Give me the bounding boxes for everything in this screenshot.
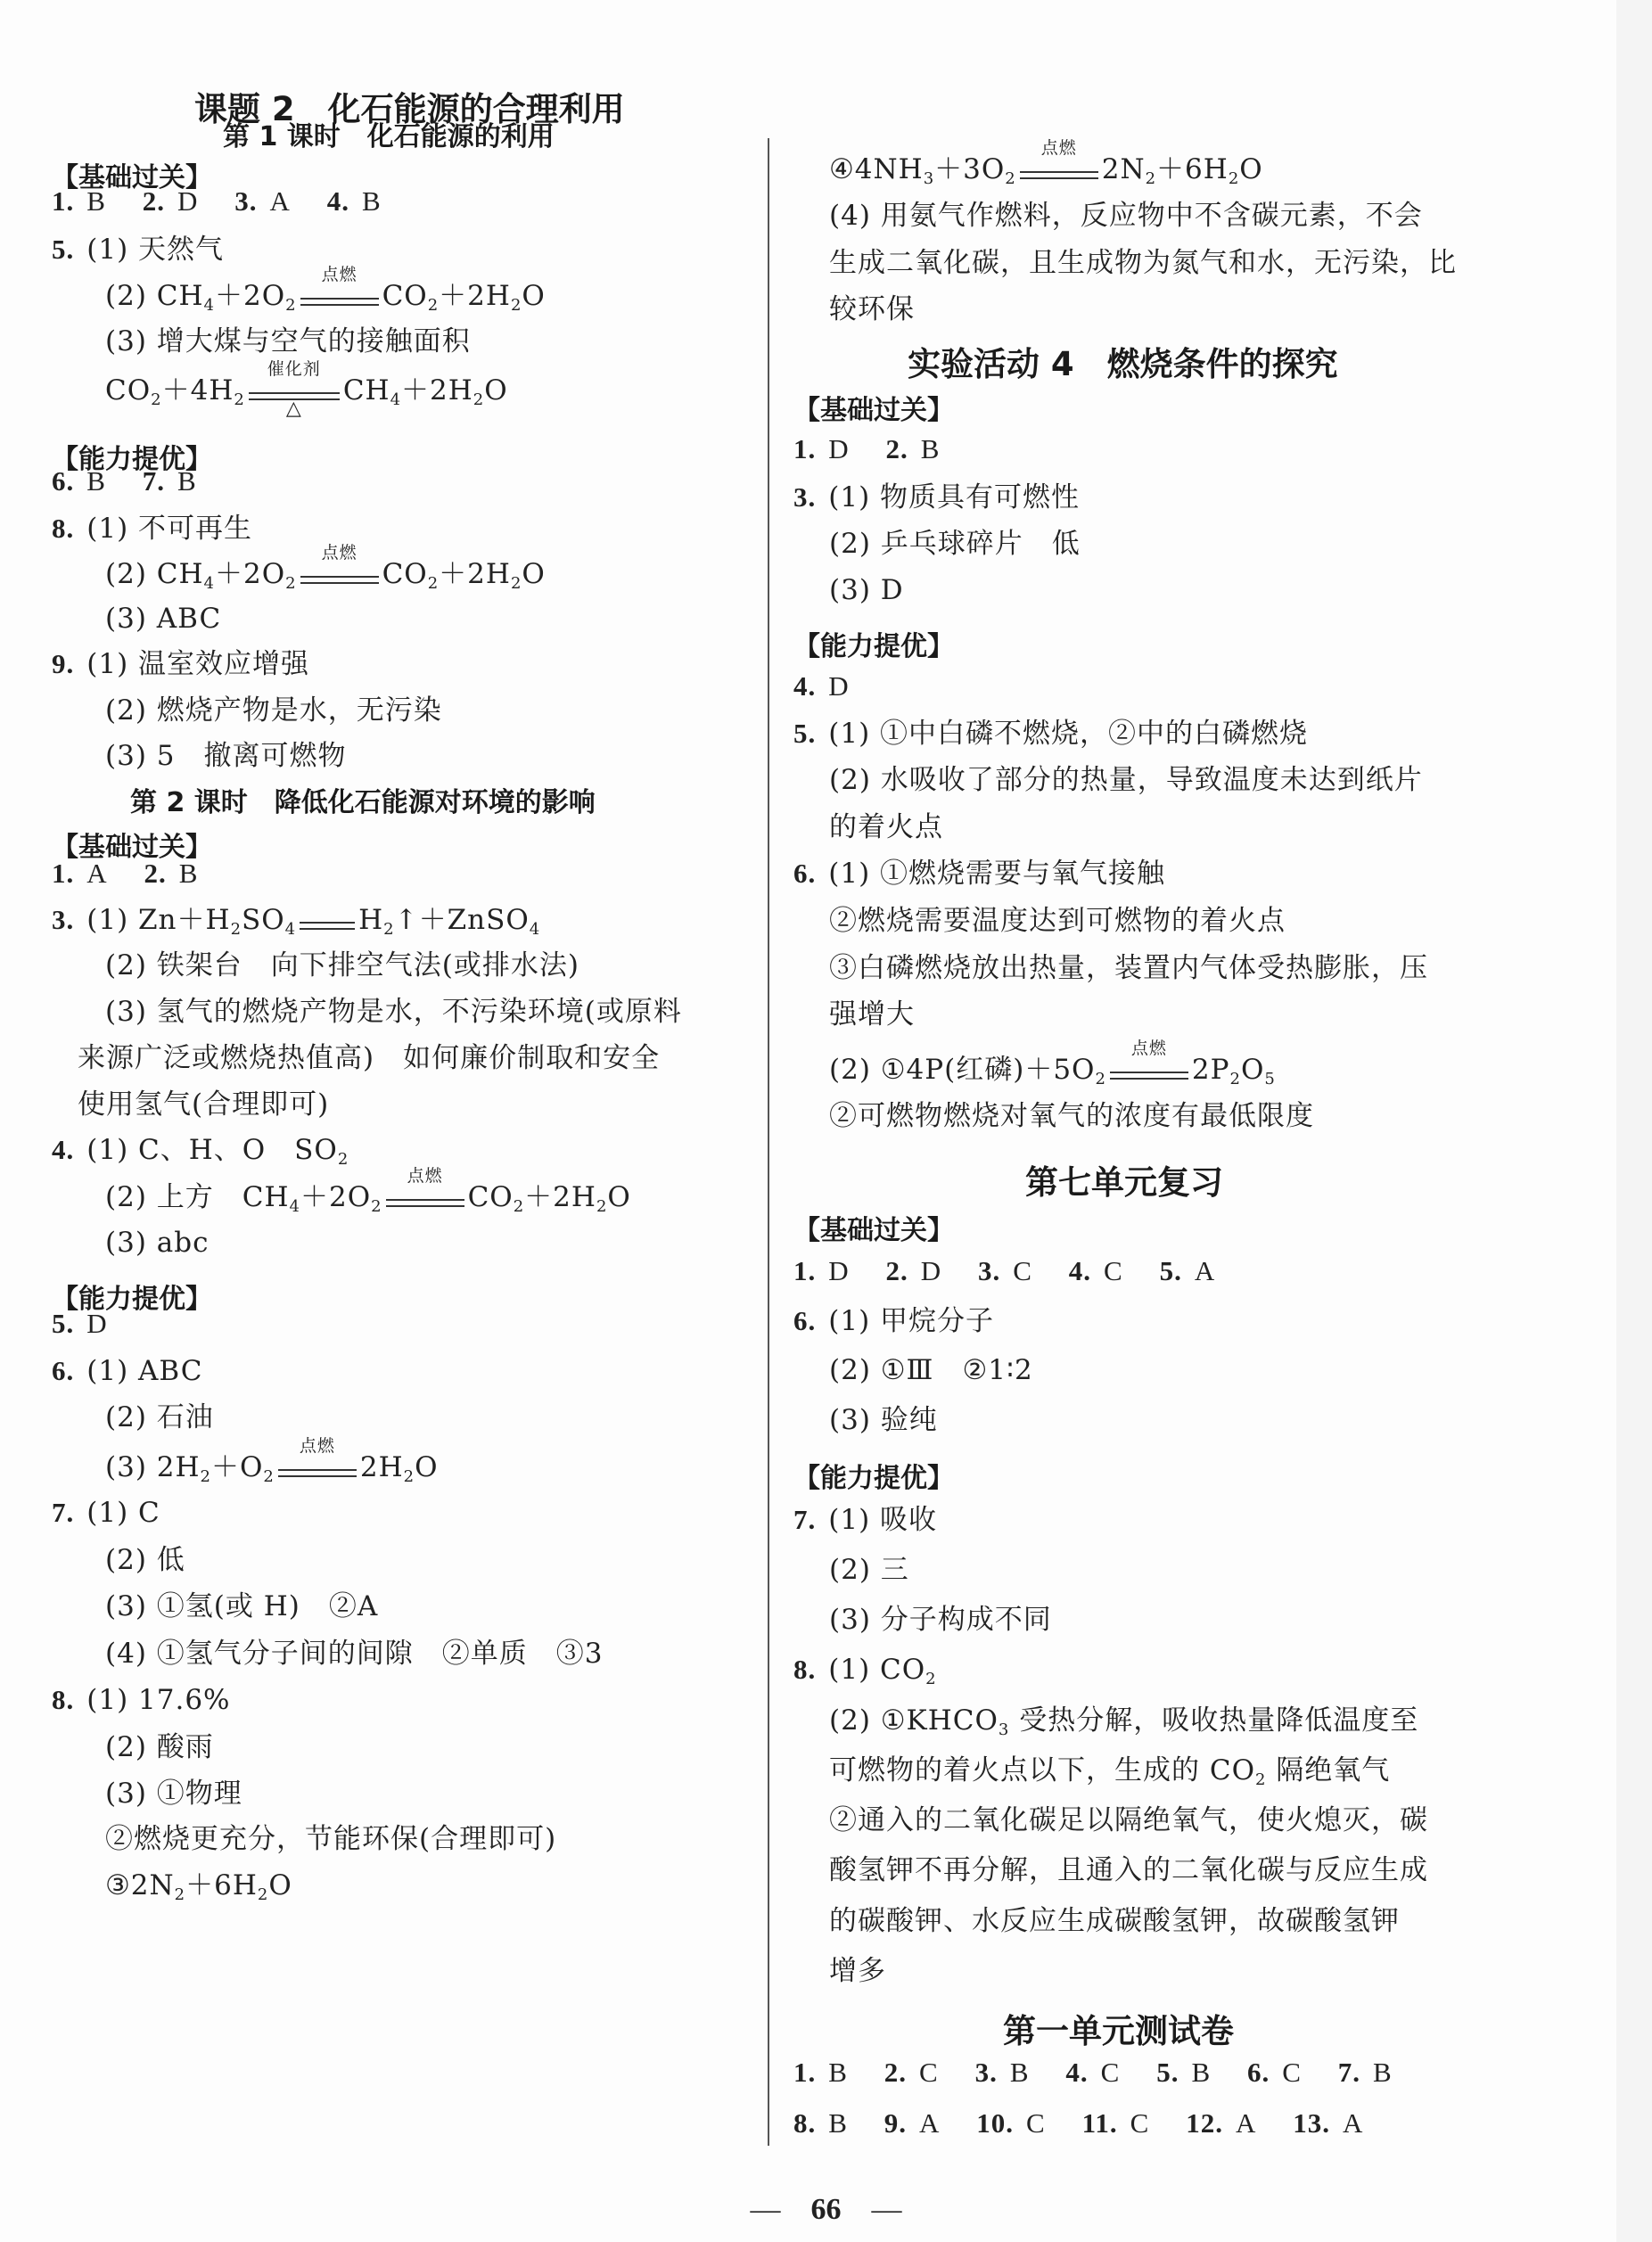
answer-l2-q8-3-b: ②燃烧更充分，节能环保(合理即可) — [105, 1821, 556, 1857]
answer-row-rev-q1-5: 1.D 2.D 3.C 4.C 5.A — [793, 1253, 1242, 1289]
answer-exp-q3-2: (2) 乒乓球碎片 低 — [829, 526, 1081, 562]
answer-exp-q3-3: (3) D — [829, 572, 904, 608]
answer-l2-q3-3-cont2: 使用氢气(合理即可) — [78, 1087, 329, 1122]
answer-rev-q8-2: (2) ①KHCO3 受热分解，吸收热量降低温度至 — [829, 1703, 1418, 1738]
answer-exp-q6-2-b: ②可燃物燃烧对氧气的浓度有最低限度 — [829, 1098, 1314, 1134]
answer-l2-q3-3: (3) 氢气的燃烧产物是水，不污染环境(或原料 — [105, 994, 682, 1030]
answer-rev-q7-1: 7.(1) 吸收 — [793, 1502, 937, 1538]
answer-l2-q5: 5.D — [52, 1306, 135, 1342]
answer-rev-q7-2: (2) 三 — [829, 1552, 909, 1588]
answer-l2-q7-4: (4) ①氢气分子间的间隙 ②单质 ③3 — [105, 1636, 604, 1671]
page-number: 66 — [811, 2193, 842, 2226]
answer-rev-q8-2-b: 可燃物的着火点以下，生成的 CO2 隔绝氧气 — [829, 1753, 1390, 1788]
answer-l2-q4-3: (3) abc — [105, 1225, 209, 1261]
answer-row-test-8-13: 8.B 9.A 10.C 11.C 12.A 13.A — [793, 2106, 1390, 2141]
answer-l2-q8-2: (2) 酸雨 — [105, 1729, 214, 1765]
answer-exp-q3-1: 3.(1) 物质具有可燃性 — [793, 480, 1080, 515]
answer-rev-q8-2-c: ②通入的二氧化碳足以隔绝氧气，使火熄灭，碳 — [829, 1803, 1428, 1838]
answer-l2-q6-1: 6.(1) ABC — [52, 1353, 202, 1389]
equation-l2-q6-3: (3) 2H2＋O2点燃2H2O — [105, 1449, 439, 1487]
answer-l1-q8-1: 8.(1) 不可再生 — [52, 511, 252, 546]
answer-row-exp-q1-2: 1.D 2.B — [793, 431, 966, 467]
section-header-advanced: 【能力提优】 — [793, 624, 954, 663]
answer-row-l2-q1-2: 1.A 2.B — [52, 856, 225, 891]
answer-exp-q6-1: 6.(1) ①燃烧需要与氧气接触 — [793, 856, 1165, 891]
equation-l2-q3-1: 3.(1) Zn＋H2SO4H2↑＋ZnSO4 — [52, 902, 540, 940]
experiment-title: 实验活动 4 燃烧条件的探究 — [908, 337, 1338, 385]
reaction-condition: 点燃 — [275, 1451, 360, 1487]
reaction-condition: 点燃 — [297, 558, 382, 594]
answer-l2-q7-2: (2) 低 — [105, 1542, 185, 1578]
answer-rev-q8-2-f: 增多 — [829, 1953, 886, 1989]
answer-exp-q5-1: 5.(1) ①中白磷不燃烧，②中的白磷燃烧 — [793, 716, 1308, 751]
equation-r-q8-3-d: ④4NH3＋3O2点燃2N2＋6H2O — [829, 152, 1263, 189]
answer-rev-q8-1: 8.(1) CO2 — [793, 1652, 937, 1688]
answer-l2-q7-1: 7.(1) C — [52, 1495, 160, 1531]
answer-r-q8-4-c: 较环保 — [829, 292, 915, 327]
equation-l2-q4-2: (2) 上方 CH4＋2O2点燃CO2＋2H2O — [105, 1179, 631, 1217]
answer-l1-q9-1: 9.(1) 温室效应增强 — [52, 646, 309, 682]
answer-l1-q9-3: (3) 5 撤离可燃物 — [105, 738, 347, 774]
answer-rev-q8-2-d: 酸氢钾不再分解，且通入的二氧化碳与反应生成 — [829, 1852, 1428, 1888]
answer-l1-q9-2: (2) 燃烧产物是水，无污染 — [105, 693, 442, 728]
page-footer: —66— — [0, 2193, 1652, 2227]
answer-l2-q7-3: (3) ①氢(或 H) ②A — [105, 1589, 378, 1624]
section-header-advanced: 【能力提优】 — [793, 1456, 954, 1495]
answer-r-q8-4: (4) 用氨气作燃料，反应物中不含碳元素，不会 — [829, 198, 1423, 234]
answer-l2-q4-1: 4.(1) C、H、O SO2 — [52, 1132, 349, 1168]
review-title: 第七单元复习 — [1025, 1155, 1223, 1203]
section-header-basic: 【基础过关】 — [793, 388, 954, 427]
answer-l2-q6-2: (2) 石油 — [105, 1400, 214, 1435]
unit-test-title: 第一单元测试卷 — [1003, 2004, 1234, 2052]
answer-r-q8-4-b: 生成二氧化碳，且生成物为氮气和水，无污染，比 — [829, 245, 1457, 281]
reaction-condition: 催化剂△ — [245, 374, 343, 410]
reaction-condition: 点燃 — [1106, 1054, 1192, 1089]
answer-row-test-1-7: 1.B 2.C 3.B 4.C 5.B 6.C 7.B — [793, 2055, 1419, 2090]
footer-dash-left: — — [751, 2193, 781, 2226]
answer-l2-q8-1: 8.(1) 17.6% — [52, 1682, 231, 1718]
answer-rev-q6-3: (3) 验纯 — [829, 1402, 938, 1438]
reaction-condition: 点燃 — [297, 280, 382, 316]
answer-l2-q3-2: (2) 铁架台 向下排空气法(或排水法) — [105, 948, 579, 983]
footer-dash-right: — — [872, 2193, 902, 2226]
answer-rev-q6-2: (2) ①Ⅲ ②1∶2 — [829, 1352, 1033, 1388]
answer-l2-q8-3: (3) ①物理 — [105, 1776, 242, 1811]
answer-l1-q8-3: (3) ABC — [105, 601, 221, 636]
answer-row-l1-q6-7: 6.B 7.B — [52, 464, 224, 499]
answer-exp-q5-2: (2) 水吸收了部分的热量，导致温度未达到纸片 — [829, 762, 1423, 798]
answer-exp-q4: 4.D — [793, 669, 876, 704]
lesson1-title: 第 1 课时 化石能源的利用 — [223, 114, 555, 153]
answer-l1-q5-3: (3) 增大煤与空气的接触面积 — [105, 324, 471, 359]
answer-exp-q6-1-b: ②燃烧需要温度达到可燃物的着火点 — [829, 903, 1286, 939]
section-header-basic: 【基础过关】 — [793, 1208, 954, 1247]
reaction-equals — [296, 904, 358, 940]
page-edge — [1616, 0, 1652, 2242]
answer-exp-q6-1-c: ③白磷燃烧放出热量，装置内气体受热膨胀，压 — [829, 950, 1428, 986]
answer-l2-q3-3-cont: 来源广泛或燃烧热值高) 如何廉价制取和安全 — [78, 1040, 660, 1076]
equation-l2-q8-3-c: ③2N2＋6H2O — [105, 1868, 292, 1903]
answer-l1-q5-1: 5.(1) 天然气 — [52, 232, 224, 267]
equation-exp-q6-2: (2) ①4P(红磷)＋5O2点燃2P2O5 — [829, 1052, 1276, 1089]
answer-rev-q8-2-e: 的碳酸钾、水反应生成碳酸氢钾，故碳酸氢钾 — [829, 1903, 1400, 1939]
column-divider — [768, 138, 769, 2146]
answer-exp-q5-2-b: 的着火点 — [829, 809, 943, 845]
reaction-condition: 点燃 — [1016, 153, 1102, 189]
answer-row-l1-q1-4: 1.B 2.D 3.A 4.B — [52, 184, 408, 219]
answer-rev-q7-3: (3) 分子构成不同 — [829, 1602, 1052, 1638]
equation-l1-q5-2: (2) CH4＋2O2点燃CO2＋2H2O — [105, 278, 546, 316]
equation-l1-q8-2: (2) CH4＋2O2点燃CO2＋2H2O — [105, 556, 546, 594]
answer-exp-q6-1-d: 强增大 — [829, 997, 915, 1032]
answer-rev-q6-1: 6.(1) 甲烷分子 — [793, 1303, 994, 1339]
lesson2-title: 第 2 课时 降低化石能源对环境的影响 — [130, 780, 596, 819]
reaction-condition: 点燃 — [382, 1181, 468, 1217]
equation-l1-q5-4: CO2＋4H2催化剂△CH4＋2H2O — [105, 373, 508, 410]
